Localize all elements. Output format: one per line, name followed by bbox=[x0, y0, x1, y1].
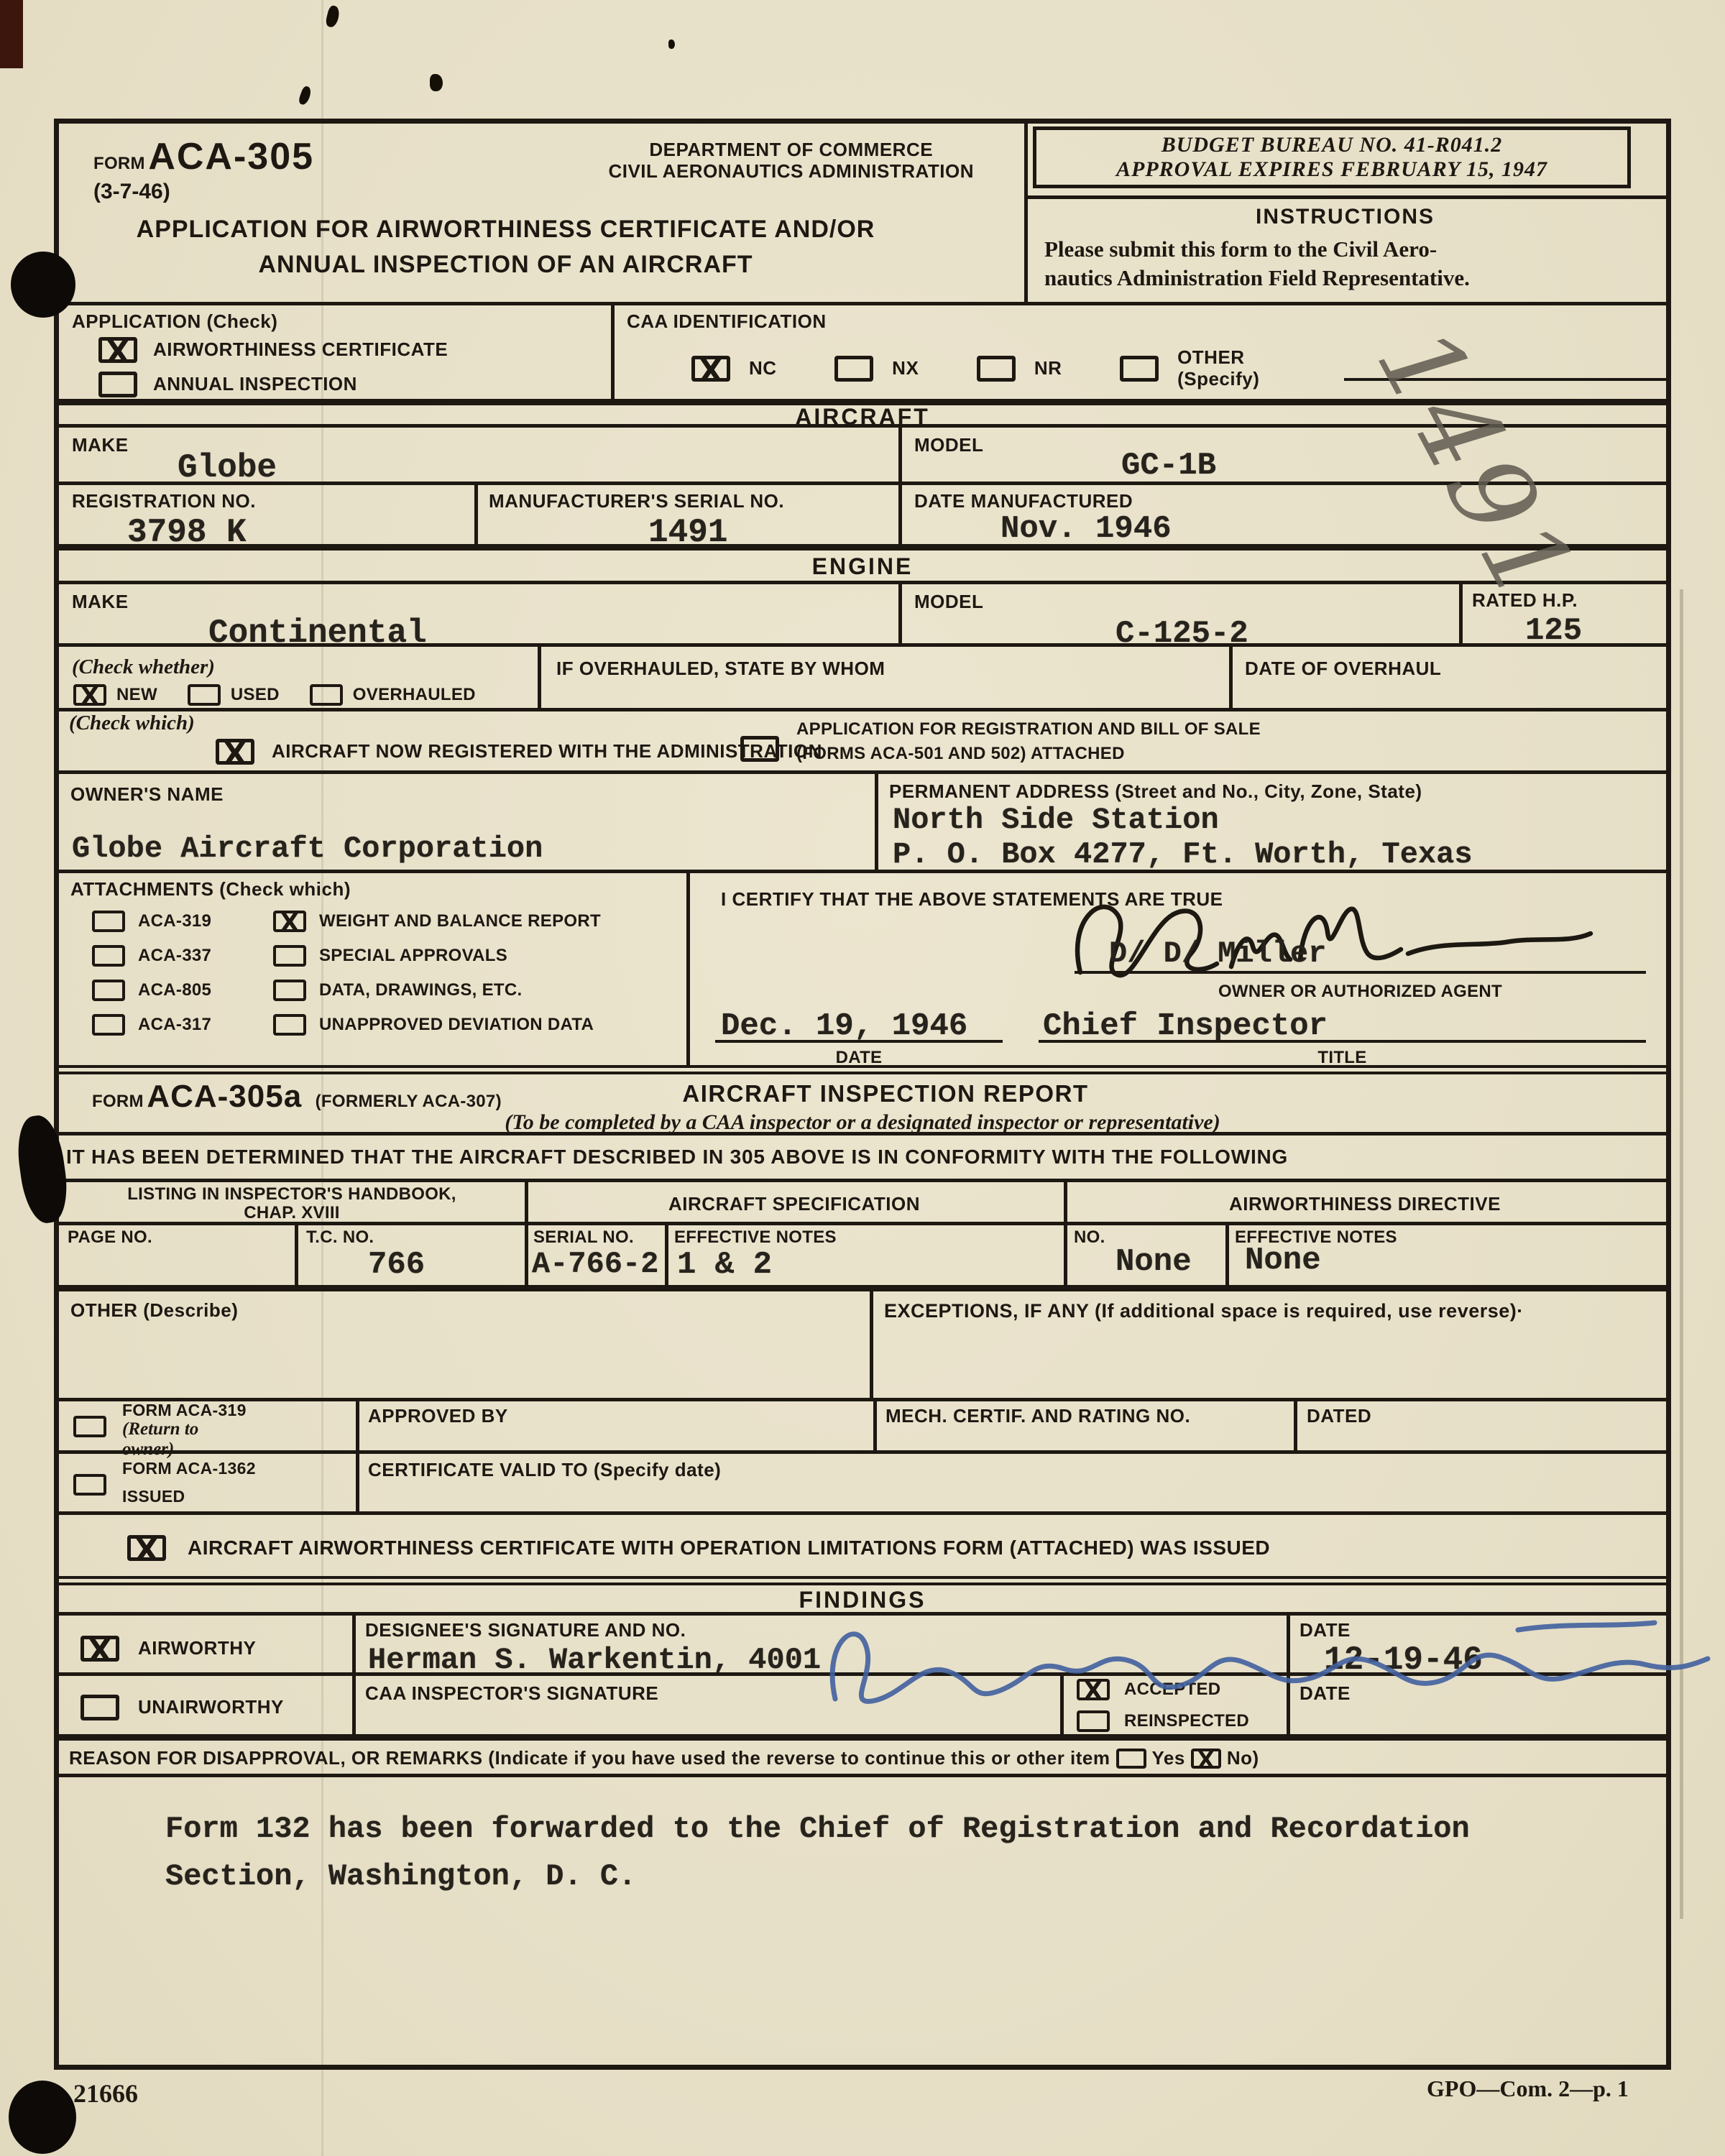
caa-inspector-signature-label: CAA INSPECTOR'S SIGNATURE bbox=[365, 1682, 658, 1704]
form-id-block: FORM ACA-305 (3-7-46) bbox=[93, 135, 314, 204]
caa-identification-options: X NC NX NR OTHER (Specify) bbox=[691, 347, 1666, 390]
exceptions-label: EXCEPTIONS, IF ANY (If additional space … bbox=[884, 1300, 1524, 1322]
certificate-issued-row: X AIRCRAFT AIRWORTHINESS CERTIFICATE WIT… bbox=[59, 1511, 1666, 1576]
col-listing-header: LISTING IN INSPECTOR'S HANDBOOK, CHAP. X… bbox=[59, 1185, 525, 1223]
attachments-label: ATTACHMENTS (Check which) bbox=[70, 878, 351, 900]
nc-checkbox[interactable]: X bbox=[691, 356, 730, 382]
engine-make-model-row: MAKE Continental MODEL C-125-2 RATED H.P… bbox=[59, 581, 1666, 643]
reverse-no-checkbox[interactable]: X bbox=[1191, 1749, 1221, 1769]
registered-checkbox[interactable]: X bbox=[216, 739, 254, 765]
engine-condition-options: X NEW USED OVERHAULED bbox=[73, 684, 476, 706]
col-directive-header: AIRWORTHINESS DIRECTIVE bbox=[1229, 1193, 1501, 1215]
determination-text: IT HAS BEEN DETERMINED THAT THE AIRCRAFT… bbox=[66, 1146, 1288, 1168]
department-line1: DEPARTMENT OF COMMERCE bbox=[608, 139, 974, 161]
registered-option[interactable]: X AIRCRAFT NOW REGISTERED WITH THE ADMIN… bbox=[216, 739, 822, 765]
inspection-report-header: FORM ACA-305a (FORMERLY ACA-307) AIRCRAF… bbox=[59, 1065, 1666, 1132]
ad-notes-value: None bbox=[1245, 1243, 1321, 1279]
attachment-row-1: ACA-319 X WEIGHT AND BALANCE REPORT bbox=[92, 911, 601, 932]
divider bbox=[1294, 1401, 1297, 1450]
divider bbox=[611, 305, 615, 399]
aca1362-row: FORM ACA-1362 ISSUED CERTIFICATE VALID T… bbox=[59, 1450, 1666, 1511]
annual-inspection-checkbox[interactable] bbox=[98, 372, 137, 397]
ink-speck bbox=[325, 5, 341, 29]
address-label: PERMANENT ADDRESS (Street and No., City,… bbox=[889, 780, 1422, 802]
airworthiness-certificate-label: AIRWORTHINESS CERTIFICATE bbox=[153, 339, 448, 361]
reinspected-option[interactable]: REINSPECTED bbox=[1077, 1710, 1249, 1732]
divider bbox=[356, 1401, 359, 1450]
check-whether-label: (Check whether) bbox=[72, 655, 215, 679]
form-aca1362-checkbox[interactable] bbox=[73, 1474, 106, 1496]
divider bbox=[356, 1454, 359, 1511]
aca-805-label: ACA-805 bbox=[138, 981, 260, 1000]
certify-date-label: DATE bbox=[836, 1048, 883, 1067]
aca-805-checkbox[interactable] bbox=[92, 980, 125, 1001]
airworthy-checkbox[interactable]: X bbox=[80, 1636, 119, 1662]
overhaul-date-label: DATE OF OVERHAUL bbox=[1245, 658, 1441, 679]
divider bbox=[474, 485, 478, 544]
unapproved-deviation-label: UNAPPROVED DEVIATION DATA bbox=[319, 1015, 594, 1034]
divider bbox=[1225, 1225, 1229, 1285]
punch-hole-blob bbox=[11, 252, 75, 318]
other-exceptions-row: OTHER (Describe) EXCEPTIONS, IF ANY (If … bbox=[59, 1285, 1666, 1398]
punch-hole-blob bbox=[9, 2081, 76, 2154]
certificate-valid-label: CERTIFICATE VALID TO (Specify date) bbox=[368, 1459, 721, 1480]
title-line[interactable] bbox=[1039, 1017, 1646, 1043]
unairworthy-checkbox[interactable] bbox=[80, 1695, 119, 1720]
divider bbox=[525, 1225, 528, 1285]
findings-airworthy-row: X AIRWORTHY DESIGNEE'S SIGNATURE AND NO.… bbox=[59, 1612, 1666, 1672]
attachment-row-3: ACA-805 DATA, DRAWINGS, ETC. bbox=[92, 980, 522, 1001]
divider bbox=[898, 584, 902, 643]
report-form-word: FORM bbox=[92, 1092, 144, 1111]
findings-section-title: FINDINGS bbox=[59, 1587, 1666, 1613]
reason-label: REASON FOR DISAPPROVAL, OR REMARKS (Indi… bbox=[69, 1748, 1110, 1769]
accepted-option[interactable]: X ACCEPTED bbox=[1077, 1679, 1220, 1700]
caa-identification-label: CAA IDENTIFICATION bbox=[627, 310, 827, 332]
reason-band: REASON FOR DISAPPROVAL, OR REMARKS (Indi… bbox=[59, 1734, 1666, 1774]
divider bbox=[1060, 1676, 1064, 1734]
form-title-line2: ANNUAL INSPECTION OF AN AIRCRAFT bbox=[59, 251, 952, 279]
special-approvals-checkbox[interactable] bbox=[273, 945, 306, 967]
nc-label: NC bbox=[749, 358, 777, 379]
aircraft-model-label: MODEL bbox=[914, 434, 983, 456]
report-formerly: (FORMERLY ACA-307) bbox=[316, 1092, 502, 1111]
form-header-section: FORM ACA-305 (3-7-46) DEPARTMENT OF COMM… bbox=[59, 124, 1666, 302]
budget-line2: APPROVAL EXPIRES FEBRUARY 15, 1947 bbox=[1036, 157, 1627, 182]
form-aca1362-label: FORM ACA-1362 bbox=[122, 1460, 256, 1478]
form-title-line1: APPLICATION FOR AIRWORTHINESS CERTIFICAT… bbox=[59, 216, 952, 244]
date-manufactured-value: Nov. 1946 bbox=[1000, 511, 1172, 547]
serial-label: MANUFACTURER'S SERIAL NO. bbox=[489, 490, 784, 512]
engine-model-label: MODEL bbox=[914, 591, 983, 612]
aircraft-model-value: GC-1B bbox=[1121, 448, 1216, 484]
report-title: AIRCRAFT INSPECTION REPORT bbox=[682, 1080, 1088, 1107]
special-approvals-label: SPECIAL APPROVALS bbox=[319, 946, 507, 965]
certificate-issued-checkbox[interactable]: X bbox=[127, 1535, 166, 1561]
owner-agent-label: OWNER OR AUTHORIZED AGENT bbox=[1218, 982, 1502, 1001]
col-spec-header: AIRCRAFT SPECIFICATION bbox=[668, 1193, 920, 1215]
findings-inspector-row: UNAIRWORTHY CAA INSPECTOR'S SIGNATURE X … bbox=[59, 1672, 1666, 1734]
registration-status-row: (Check which) X AIRCRAFT NOW REGISTERED … bbox=[59, 708, 1666, 770]
attachment-row-4: ACA-317 UNAPPROVED DEVIATION DATA bbox=[92, 1014, 594, 1036]
report-serial-label: SERIAL NO. bbox=[533, 1227, 634, 1247]
instructions-line1: Please submit this form to the Civil Aer… bbox=[1044, 236, 1666, 262]
department-block: DEPARTMENT OF COMMERCE CIVIL AERONAUTICS… bbox=[608, 139, 974, 183]
engine-section-header: ENGINE bbox=[59, 544, 1666, 581]
aca-317-checkbox[interactable] bbox=[92, 1014, 125, 1036]
date-manufactured-label: DATE MANUFACTURED bbox=[914, 490, 1133, 512]
reverse-no-label: No) bbox=[1227, 1748, 1259, 1769]
inspector-date-label: DATE bbox=[1299, 1682, 1351, 1704]
reinspected-label: REINSPECTED bbox=[1124, 1712, 1249, 1731]
check-which-label: (Check which) bbox=[69, 711, 195, 735]
form-aca319-return1: (Return to bbox=[122, 1419, 247, 1439]
new-label: NEW bbox=[116, 686, 157, 704]
annual-inspection-option[interactable]: ANNUAL INSPECTION bbox=[98, 372, 357, 397]
certification-cell: I CERTIFY THAT THE ABOVE STATEMENTS ARE … bbox=[686, 873, 1666, 1069]
aircraft-make-label: MAKE bbox=[72, 434, 129, 456]
data-drawings-checkbox[interactable] bbox=[273, 980, 306, 1001]
engine-section-title: ENGINE bbox=[59, 553, 1666, 580]
corner-ink-mark bbox=[0, 0, 23, 68]
instructions-title: INSTRUCTIONS bbox=[1024, 205, 1666, 229]
aca-317-label: ACA-317 bbox=[138, 1015, 260, 1034]
form-number: ACA-305 bbox=[148, 136, 314, 178]
bill-of-sale-checkbox[interactable] bbox=[740, 736, 779, 762]
airworthiness-certificate-option[interactable]: X AIRWORTHINESS CERTIFICATE bbox=[98, 337, 448, 363]
date-line[interactable] bbox=[715, 1017, 1003, 1043]
certify-title-label: TITLE bbox=[1317, 1048, 1366, 1067]
report-note: (To be completed by a CAA inspector or a… bbox=[505, 1110, 1220, 1134]
divider bbox=[1287, 1616, 1290, 1672]
divider bbox=[352, 1676, 356, 1734]
other-label: OTHER (Specify) bbox=[1177, 347, 1325, 390]
address-line2: P. O. Box 4277, Ft. Worth, Texas bbox=[893, 837, 1473, 872]
divider bbox=[898, 485, 902, 544]
ink-speck bbox=[298, 86, 313, 106]
certificate-issued-label: AIRCRAFT AIRWORTHINESS CERTIFICATE WITH … bbox=[188, 1537, 1270, 1560]
report-form-number: ACA-305a bbox=[147, 1079, 302, 1114]
budget-bureau-box: BUDGET BUREAU NO. 41-R041.2 APPROVAL EXP… bbox=[1033, 126, 1631, 188]
form-aca1362-issued: ISSUED bbox=[122, 1488, 256, 1506]
ad-no-value: None bbox=[1115, 1244, 1192, 1280]
other-describe-label: OTHER (Describe) bbox=[70, 1299, 238, 1321]
effective-notes-label: EFFECTIVE NOTES bbox=[674, 1227, 837, 1247]
divider bbox=[295, 1225, 298, 1285]
owner-name-label: OWNER'S NAME bbox=[70, 783, 224, 805]
reinspected-checkbox[interactable] bbox=[1077, 1710, 1110, 1732]
divider bbox=[873, 1401, 877, 1450]
tc-no-value: 766 bbox=[368, 1247, 425, 1283]
used-checkbox[interactable] bbox=[188, 684, 221, 706]
dated-label: DATED bbox=[1307, 1405, 1371, 1427]
instructions-box: INSTRUCTIONS Please submit this form to … bbox=[1024, 195, 1666, 291]
footer-gpo: GPO—Com. 2—p. 1 bbox=[1427, 2076, 1629, 2102]
tc-no-label: T.C. NO. bbox=[306, 1227, 374, 1247]
form-word: FORM bbox=[93, 154, 145, 173]
data-drawings-label: DATA, DRAWINGS, ETC. bbox=[319, 981, 522, 1000]
remarks-line1: Form 132 has been forwarded to the Chief… bbox=[165, 1812, 1470, 1846]
engine-condition-row: (Check whether) X NEW USED OVERHAULED IF… bbox=[59, 643, 1666, 708]
nr-checkbox[interactable] bbox=[977, 356, 1016, 382]
owner-name-value: Globe Aircraft Corporation bbox=[72, 831, 543, 866]
report-serial-value: A-766-2 bbox=[532, 1247, 658, 1281]
registration-label: REGISTRATION NO. bbox=[72, 490, 256, 512]
form-title: APPLICATION FOR AIRWORTHINESS CERTIFICAT… bbox=[59, 216, 952, 279]
aca-319-checkbox[interactable] bbox=[92, 911, 125, 932]
divider bbox=[898, 428, 902, 482]
attachments-certify-row: ATTACHMENTS (Check which) ACA-319 X WEIG… bbox=[59, 870, 1666, 1065]
reverse-yes-label: Yes bbox=[1152, 1748, 1185, 1769]
aca319-row: FORM ACA-319 (Return to owner) APPROVED … bbox=[59, 1398, 1666, 1450]
unairworthy-option[interactable]: UNAIRWORTHY bbox=[80, 1695, 284, 1720]
findings-date-label: DATE bbox=[1299, 1619, 1351, 1641]
paper-edge bbox=[1680, 589, 1683, 1919]
report-form-id: FORM ACA-305a (FORMERLY ACA-307) bbox=[92, 1079, 502, 1115]
nx-label: NX bbox=[892, 358, 919, 379]
report-values-row: PAGE NO. T.C. NO. 766 SERIAL NO. A-766-2… bbox=[59, 1222, 1666, 1285]
aca-337-label: ACA-337 bbox=[138, 946, 260, 965]
new-checkbox[interactable]: X bbox=[73, 684, 106, 706]
divider bbox=[1459, 584, 1463, 643]
remarks-line2: Section, Washington, D. C. bbox=[165, 1859, 636, 1894]
engine-make-label: MAKE bbox=[72, 591, 129, 612]
footer-print-code: 21666 bbox=[73, 2078, 138, 2109]
airworthiness-certificate-checkbox[interactable]: X bbox=[98, 337, 137, 363]
report-column-headers: LISTING IN INSPECTOR'S HANDBOOK, CHAP. X… bbox=[59, 1179, 1666, 1222]
certify-statement: I CERTIFY THAT THE ABOVE STATEMENTS ARE … bbox=[721, 888, 1223, 910]
approved-by-label: APPROVED BY bbox=[368, 1405, 508, 1427]
divider bbox=[1064, 1225, 1067, 1285]
determination-band: IT HAS BEEN DETERMINED THAT THE AIRCRAFT… bbox=[59, 1132, 1666, 1179]
header-left: FORM ACA-305 (3-7-46) DEPARTMENT OF COMM… bbox=[59, 124, 1024, 302]
certificate-issued-option[interactable]: X AIRCRAFT AIRWORTHINESS CERTIFICATE WIT… bbox=[127, 1535, 1270, 1561]
accepted-label: ACCEPTED bbox=[1124, 1680, 1220, 1699]
nr-label: NR bbox=[1034, 358, 1062, 379]
weight-balance-label: WEIGHT AND BALANCE REPORT bbox=[319, 912, 601, 931]
bill-of-sale-line2: (FORMS ACA-501 AND 502) ATTACHED bbox=[796, 745, 1261, 763]
divider bbox=[870, 1291, 873, 1398]
divider bbox=[875, 774, 878, 870]
ad-no-label: NO. bbox=[1074, 1227, 1105, 1247]
overhauled-checkbox[interactable] bbox=[310, 684, 343, 706]
unapproved-deviation-checkbox[interactable] bbox=[273, 1014, 306, 1036]
bill-of-sale-option[interactable]: APPLICATION FOR REGISTRATION AND BILL OF… bbox=[740, 720, 1261, 764]
attachment-row-2: ACA-337 SPECIAL APPROVALS bbox=[92, 945, 507, 967]
divider bbox=[1287, 1676, 1290, 1734]
application-label: APPLICATION (Check) bbox=[72, 310, 277, 332]
divider bbox=[665, 1225, 668, 1285]
airworthy-label: AIRWORTHY bbox=[138, 1638, 256, 1659]
form-aca319-label: FORM ACA-319 bbox=[122, 1401, 247, 1419]
divider bbox=[538, 647, 541, 708]
airworthy-option[interactable]: X AIRWORTHY bbox=[80, 1636, 256, 1662]
divider bbox=[1229, 647, 1233, 708]
annual-inspection-label: ANNUAL INSPECTION bbox=[153, 374, 357, 395]
other-checkbox[interactable] bbox=[1120, 356, 1159, 382]
overhauled-by-label: IF OVERHAULED, STATE BY WHOM bbox=[556, 658, 885, 679]
accepted-checkbox[interactable]: X bbox=[1077, 1679, 1110, 1700]
ink-speck bbox=[668, 40, 675, 49]
instructions-line2: nautics Administration Field Representat… bbox=[1044, 265, 1666, 291]
address-line1: North Side Station bbox=[893, 803, 1219, 837]
ink-speck bbox=[430, 74, 443, 91]
mech-certif-label: MECH. CERTIF. AND RATING NO. bbox=[885, 1405, 1190, 1427]
page-no-label: PAGE NO. bbox=[68, 1227, 152, 1247]
designee-signature-label: DESIGNEE'S SIGNATURE AND NO. bbox=[365, 1619, 686, 1641]
reverse-yes-checkbox[interactable] bbox=[1116, 1749, 1146, 1769]
aca-319-label: ACA-319 bbox=[138, 912, 260, 931]
overhauled-label: OVERHAULED bbox=[353, 686, 476, 704]
aca-337-checkbox[interactable] bbox=[92, 945, 125, 967]
owner-row: OWNER'S NAME Globe Aircraft Corporation … bbox=[59, 770, 1666, 870]
department-line2: CIVIL AERONAUTICS ADMINISTRATION bbox=[608, 161, 974, 183]
weight-balance-checkbox[interactable]: X bbox=[273, 911, 306, 932]
form-aca319-checkbox[interactable] bbox=[73, 1416, 106, 1437]
effective-notes-value: 1 & 2 bbox=[677, 1247, 772, 1283]
used-label: USED bbox=[231, 686, 280, 704]
findings-section-header: FINDINGS bbox=[59, 1576, 1666, 1612]
form-revision: (3-7-46) bbox=[93, 180, 314, 204]
scanned-form-page: 1491 FORM ACA-305 (3-7-46) DEPARTMENT OF… bbox=[0, 0, 1725, 2156]
remarks-body: Form 132 has been forwarded to the Chief… bbox=[59, 1774, 1666, 2065]
unairworthy-label: UNAIRWORTHY bbox=[138, 1697, 284, 1718]
divider bbox=[352, 1616, 356, 1672]
nx-checkbox[interactable] bbox=[834, 356, 873, 382]
bill-of-sale-line1: APPLICATION FOR REGISTRATION AND BILL OF… bbox=[796, 720, 1261, 739]
budget-line1: BUDGET BUREAU NO. 41-R041.2 bbox=[1036, 133, 1627, 157]
signature-line[interactable] bbox=[1075, 948, 1646, 974]
